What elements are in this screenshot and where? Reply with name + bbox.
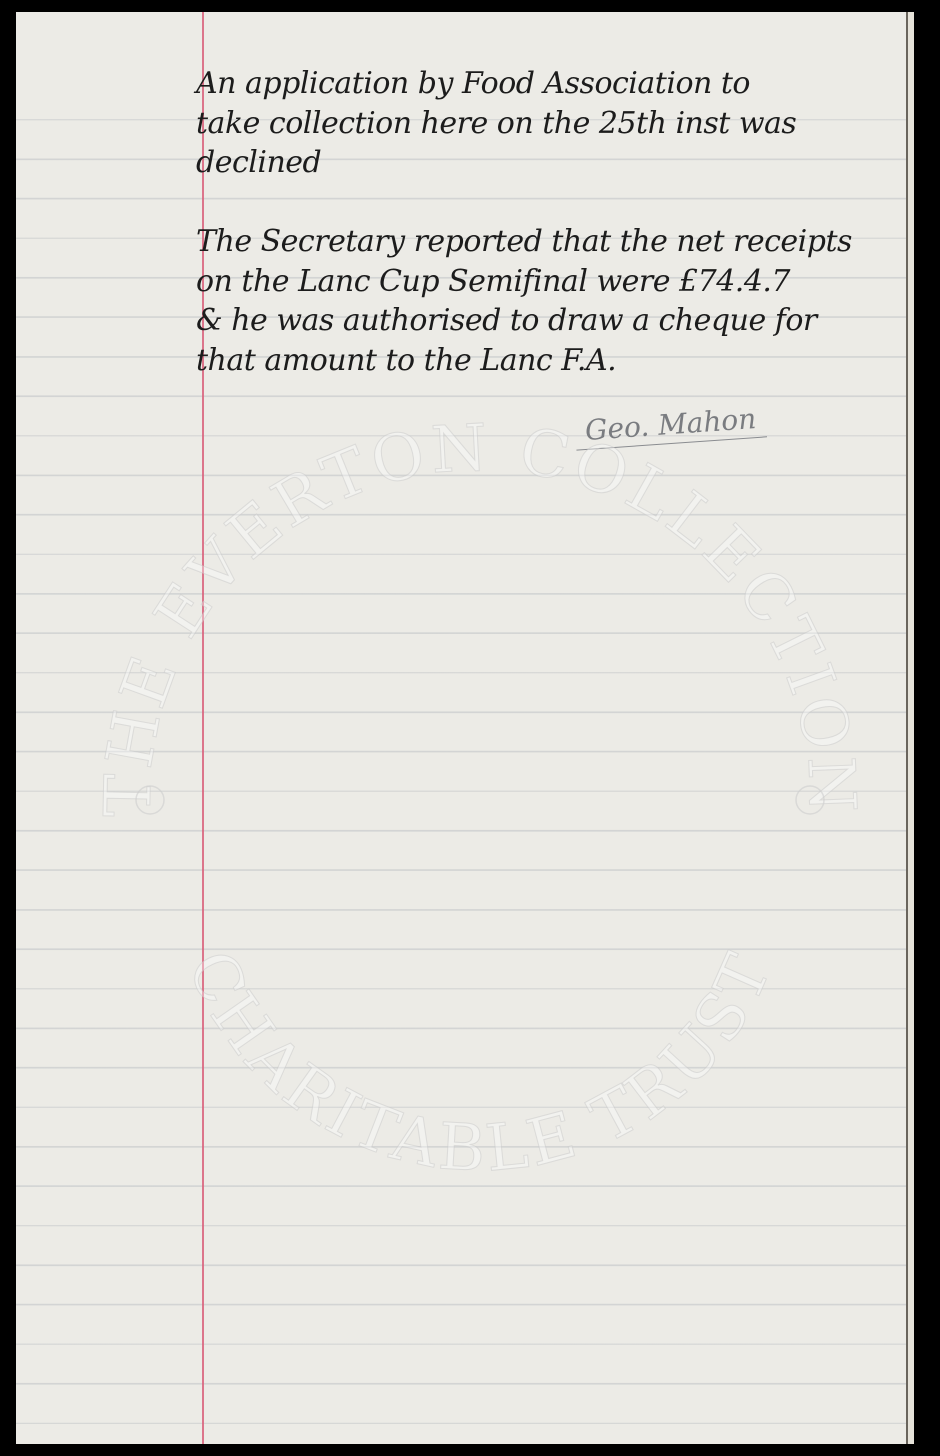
page-gutter	[908, 12, 914, 1444]
entry-line: The Secretary reported that the net rece…	[196, 222, 900, 262]
entry-line: take collection here on the 25th inst wa…	[196, 104, 900, 144]
entry-line: that amount to the Lanc F.A.	[196, 341, 900, 381]
entry-line: on the Lanc Cup Semifinal were £74.4.7	[196, 262, 900, 302]
entry-line: & he was authorised to draw a cheque for	[196, 301, 900, 341]
entry-line: declined	[196, 143, 900, 183]
minute-entry-food-association: An application by Food Association to ta…	[196, 64, 900, 183]
binding-edge	[906, 12, 908, 1444]
entry-line: An application by Food Association to	[196, 64, 900, 104]
minute-entry-net-receipts: The Secretary reported that the net rece…	[196, 222, 900, 380]
